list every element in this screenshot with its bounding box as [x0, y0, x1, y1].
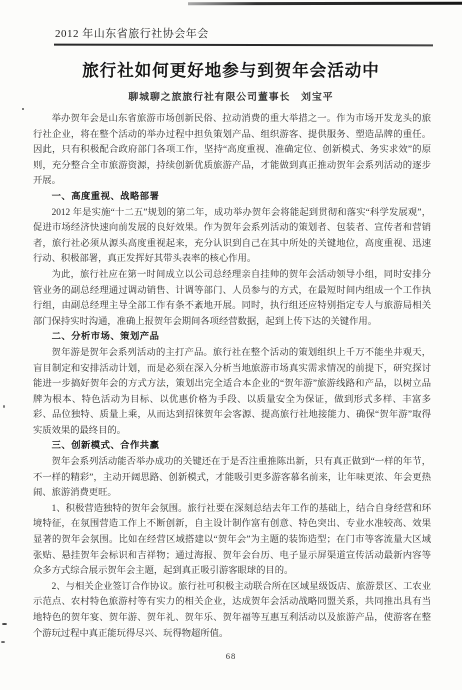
scan-speck — [22, 108, 24, 110]
section-heading: 三、创新模式、合作共赢 — [33, 439, 431, 455]
scan-artifact-top-line — [188, 2, 462, 6]
paragraph: 2012 年是实施“十二五”规划的第二年，成功举办贺年会将能起到贯彻和落实“科学… — [33, 206, 431, 268]
paragraph: 举办贺年会是山东省旅游市场创新民俗、拉动消费的重大举措之一。作为市场开发龙头的旅… — [33, 112, 431, 190]
section-heading: 一、高度重视、战略部署 — [33, 190, 431, 206]
running-header: 2012 年山东省旅行社协会年会 — [55, 25, 209, 41]
scan-speck — [1, 641, 5, 643]
section-heading: 二、分析市场、策划产品 — [33, 330, 431, 346]
scanned-document-page: 2012 年山东省旅行社协会年会 旅行社如何更好地参与到贺年会活动中 聊城聊之旅… — [0, 0, 462, 690]
article-byline: 聊城聊之旅旅行社有限公司董事长 刘宝平 — [0, 89, 462, 103]
paragraph: 2、与相关企业签订合作协议。旅行社可积极主动联合所在区域星级饭店、旅游景区、工农… — [33, 580, 431, 642]
paragraph: 贺年会系列活动能否举办成功的关键还在于是否注重推陈出新，只有真正做到“一样的年节… — [33, 455, 431, 502]
scan-speck — [2, 623, 7, 625]
scan-speck — [3, 405, 5, 408]
paragraph: 贺年游是贺年会系列活动的主打产品。旅行社在整个活动的策划组织上千万不能坐井观天，… — [33, 346, 431, 440]
page-number: 68 — [0, 651, 462, 661]
header-rule — [54, 44, 433, 47]
paragraph: 为此，旅行社应在第一时间成立以公司总经理亲自挂帅的贺年会活动领导小组，同时安排分… — [33, 268, 431, 330]
article-body: 举办贺年会是山东省旅游市场创新民俗、拉动消费的重大举措之一。作为市场开发龙头的旅… — [33, 112, 431, 642]
paragraph: 1、积极营造独特的贺年会氛围。旅行社要在深刻总结去年工作的基础上，结合自身经营和… — [33, 502, 431, 580]
article-title: 旅行社如何更好地参与到贺年会活动中 — [0, 57, 462, 81]
